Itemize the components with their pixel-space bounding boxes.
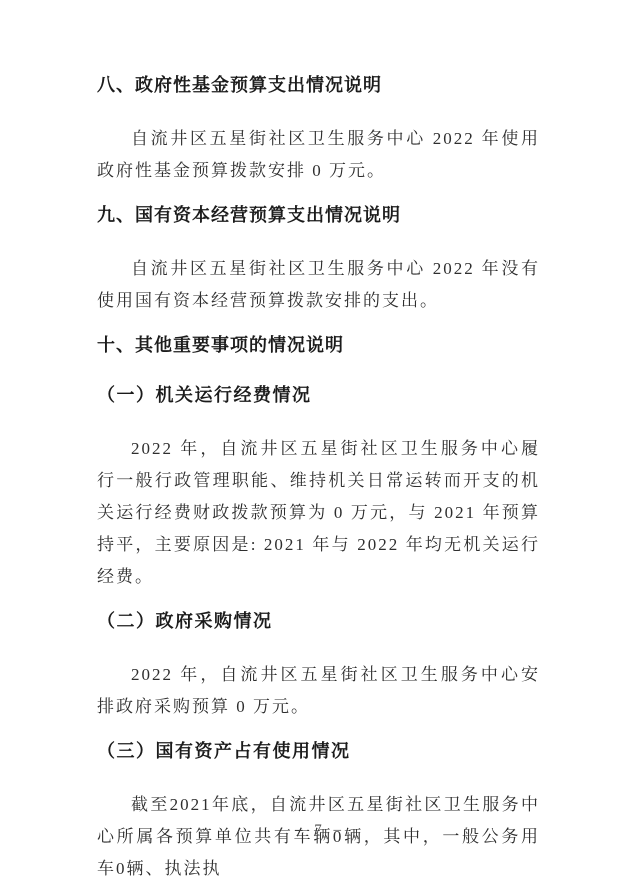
subsection-2-paragraph: 2022 年，自流井区五星街社区卫生服务中心安排政府采购预算 0 万元。 [97,659,540,723]
subsection-1-paragraph: 2022 年，自流井区五星街社区卫生服务中心履行一般行政管理职能、维持机关日常运… [97,433,540,593]
subsection-2-heading: （二）政府采购情况 [97,609,540,633]
subsection-3-heading: （三）国有资产占有使用情况 [97,739,540,763]
section-10-heading: 十、其他重要事项的情况说明 [97,333,540,357]
section-9-heading: 九、国有资本经营预算支出情况说明 [97,203,540,227]
document-content: 八、政府性基金预算支出情况说明 自流井区五星街社区卫生服务中心 2022 年使用… [0,0,640,885]
page-number: – 7 – [0,822,640,839]
section-8-heading: 八、政府性基金预算支出情况说明 [97,73,540,97]
document-page: 八、政府性基金预算支出情况说明 自流井区五星街社区卫生服务中心 2022 年使用… [0,0,640,889]
section-9-paragraph: 自流井区五星街社区卫生服务中心 2022 年没有使用国有资本经营预算拨款安排的支… [97,253,540,317]
section-8-paragraph: 自流井区五星街社区卫生服务中心 2022 年使用政府性基金预算拨款安排 0 万元… [97,123,540,187]
subsection-1-heading: （一）机关运行经费情况 [97,383,540,407]
